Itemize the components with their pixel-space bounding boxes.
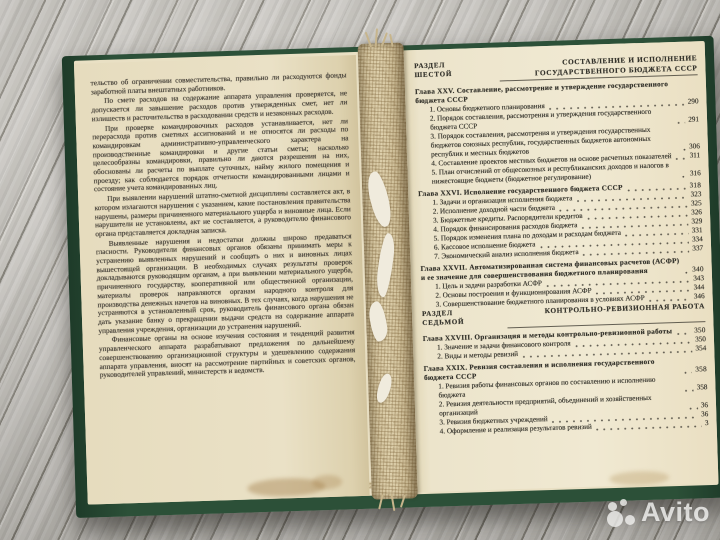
dot-leader	[676, 118, 685, 125]
left-page: тельство об ограничении совместительства…	[74, 55, 370, 505]
dot-leader	[675, 329, 691, 336]
toc-page-number: 337	[692, 244, 703, 253]
stain	[609, 470, 669, 486]
photo-scene: тельство об ограничении совместительства…	[0, 0, 720, 540]
frayed-thread	[365, 32, 372, 48]
toc-page-number: 346	[694, 292, 705, 301]
toc-page-number: 358	[695, 365, 707, 374]
toc-page-number: 331	[692, 226, 703, 235]
toc-page-number: 306	[689, 142, 700, 151]
paragraph: При проверке командировочных расходов ус…	[92, 117, 350, 195]
right-page: РАЗДЕЛ ШЕСТОЙСОСТАВЛЕНИЕ И ИСПОЛНЕНИЕ ГО…	[396, 41, 719, 492]
toc-page-number: 350	[694, 326, 706, 335]
dot-leader	[582, 247, 690, 257]
toc-page-number: 334	[692, 235, 703, 244]
part-label: РАЗДЕЛ СЕДЬМОЙ	[422, 308, 475, 328]
toc-page-number: 36	[701, 410, 708, 419]
paper-shred	[363, 170, 396, 229]
paragraph: При выявлении нарушений штатно-сметной д…	[94, 187, 351, 239]
open-book: тельство об ограничении совместительства…	[62, 36, 720, 518]
toc-page-number: 291	[688, 115, 699, 124]
toc-page-number: 3	[705, 419, 709, 428]
dot-leader	[681, 172, 687, 179]
paper-shred	[375, 233, 397, 298]
table-of-contents: РАЗДЕЛ ШЕСТОЙСОСТАВЛЕНИЕ И ИСПОЛНЕНИЕ ГО…	[414, 53, 709, 437]
dot-leader	[675, 154, 687, 161]
dot-leader	[681, 145, 686, 152]
toc-page-number: 329	[691, 217, 702, 226]
toc-page-number: 326	[691, 208, 702, 217]
frayed-thread	[400, 495, 406, 508]
paper-shred	[375, 372, 394, 404]
frayed-thread	[375, 28, 378, 47]
dot-leader	[684, 268, 690, 275]
toc-page-number: 318	[689, 181, 701, 190]
frayed-thread	[390, 494, 395, 511]
paragraph: Финансовые органы на основе изучения сос…	[99, 329, 356, 381]
part-header: РАЗДЕЛ ШЕСТОЙСОСТАВЛЕНИЕ И ИСПОЛНЕНИЕ ГО…	[414, 53, 697, 81]
paper-shred	[367, 300, 389, 342]
toc-entry-label: 2. Виды и методы ревизий	[437, 350, 518, 362]
frayed-thread	[378, 494, 383, 509]
avito-logo-icon	[607, 499, 637, 527]
dot-leader	[688, 403, 698, 410]
toc-page-number: 350	[695, 335, 706, 344]
stain	[312, 475, 342, 490]
toc-page-number: 344	[693, 283, 704, 292]
paragraph: Выявленные нарушения и недостатки должны…	[96, 232, 355, 336]
toc-page-number: 290	[688, 97, 699, 106]
dot-leader	[684, 386, 694, 393]
frayed-thread	[389, 34, 394, 47]
toc-page-number: 316	[690, 169, 701, 178]
toc-page-number: 325	[691, 199, 702, 208]
toc-page-number: 354	[695, 344, 706, 353]
toc-page-number: 323	[690, 190, 701, 199]
avito-watermark: Avito	[607, 497, 710, 528]
toc-page-number: 36	[701, 401, 708, 410]
avito-brand-text: Avito	[641, 497, 710, 528]
toc-page-number: 343	[693, 274, 704, 283]
part-label: РАЗДЕЛ ШЕСТОЙ	[414, 61, 467, 81]
left-page-text: тельство об ограничении совместительства…	[90, 71, 355, 381]
toc-page-number: 340	[692, 265, 704, 274]
toc-page-number: 311	[690, 151, 701, 160]
toc-page-number: 358	[697, 383, 708, 392]
frayed-thread	[381, 32, 388, 47]
book-pages: тельство об ограничении совместительства…	[74, 41, 719, 505]
dot-leader	[683, 368, 692, 375]
dot-leader	[595, 421, 702, 431]
